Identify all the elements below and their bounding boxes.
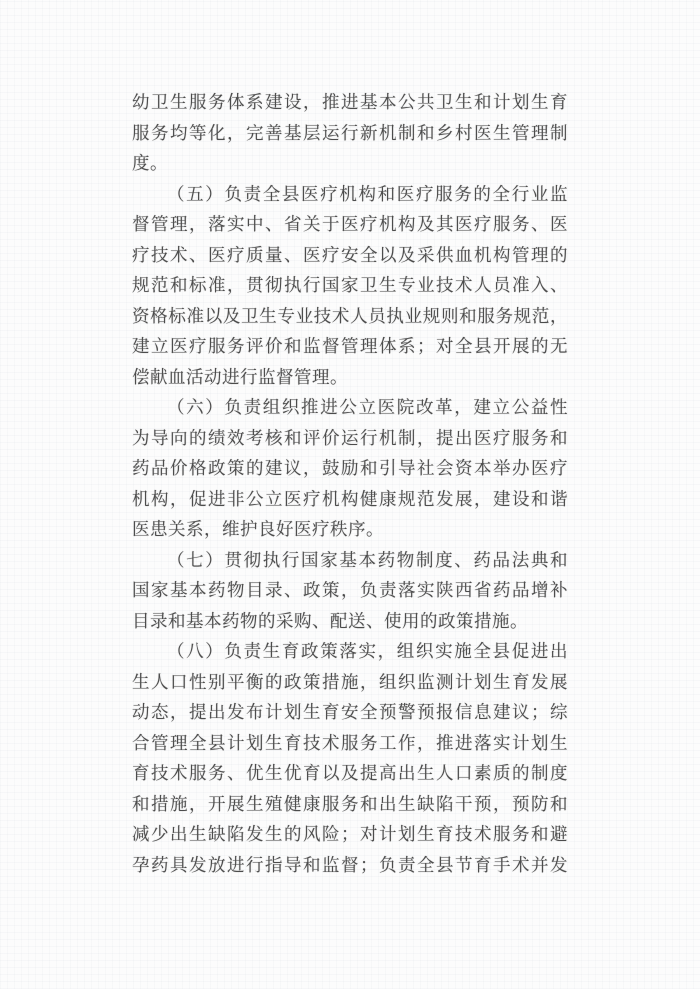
text-line: 和措施，开展生殖健康服务和出生缺陷干预，预防和 [132, 789, 568, 820]
text-line: 规范和标准，贯彻执行国家卫生专业技术人员准入、 [132, 270, 568, 301]
text-line: 动态，提出发布计划生育安全预警预报信息建议；综 [132, 697, 568, 728]
paragraph: （七）贯彻执行国家基本药物制度、药品法典和国家基本药物目录、政策，负责落实陕西省… [132, 545, 568, 637]
text-line: 药品价格政策的建议，鼓励和引导社会资本举办医疗 [132, 453, 568, 484]
text-line: 资格标准以及卫生专业技术人员执业规则和服务规范， [132, 301, 568, 332]
text-line: （六）负责组织推进公立医院改革，建立公益性 [132, 392, 568, 423]
document-page: 幼卫生服务体系建设，推进基本公共卫生和计划生育服务均等化，完善基层运行新机制和乡… [0, 0, 700, 989]
text-line: 偿献血活动进行监督管理。 [132, 362, 568, 393]
paragraph: （六）负责组织推进公立医院改革，建立公益性为导向的绩效考核和评价运行机制，提出医… [132, 392, 568, 545]
text-line: 为导向的绩效考核和评价运行机制，提出医疗服务和 [132, 423, 568, 454]
text-line: 幼卫生服务体系建设，推进基本公共卫生和计划生育 [132, 87, 568, 118]
text-line: 目录和基本药物的采购、配送、使用的政策措施。 [132, 606, 568, 637]
text-line: 度。 [132, 148, 568, 179]
paragraph: （八）负责生育政策落实，组织实施全县促进出生人口性别平衡的政策措施，组织监测计划… [132, 636, 568, 880]
text-line: 机构，促进非公立医疗机构健康规范发展，建设和谐 [132, 484, 568, 515]
text-line: （五）负责全县医疗机构和医疗服务的全行业监 [132, 179, 568, 210]
text-line: 医患关系，维护良好医疗秩序。 [132, 514, 568, 545]
text-line: 国家基本药物目录、政策，负责落实陕西省药品增补 [132, 575, 568, 606]
text-line: 孕药具发放进行指导和监督；负责全县节育手术并发 [132, 850, 568, 881]
text-line: 减少出生缺陷发生的风险；对计划生育技术服务和避 [132, 819, 568, 850]
text-line: （七）贯彻执行国家基本药物制度、药品法典和 [132, 545, 568, 576]
paragraph: 幼卫生服务体系建设，推进基本公共卫生和计划生育服务均等化，完善基层运行新机制和乡… [132, 87, 568, 179]
text-line: （八）负责生育政策落实，组织实施全县促进出 [132, 636, 568, 667]
text-line: 服务均等化，完善基层运行新机制和乡村医生管理制 [132, 118, 568, 149]
document-text-block: 幼卫生服务体系建设，推进基本公共卫生和计划生育服务均等化，完善基层运行新机制和乡… [132, 87, 568, 880]
text-line: 疗技术、医疗质量、医疗安全以及采供血机构管理的 [132, 240, 568, 271]
text-line: 生人口性别平衡的政策措施，组织监测计划生育发展 [132, 667, 568, 698]
text-line: 合管理全县计划生育技术服务工作，推进落实计划生 [132, 728, 568, 759]
paragraph: （五）负责全县医疗机构和医疗服务的全行业监督管理，落实中、省关于医疗机构及其医疗… [132, 179, 568, 393]
text-line: 督管理，落实中、省关于医疗机构及其医疗服务、医 [132, 209, 568, 240]
text-line: 育技术服务、优生优育以及提高出生人口素质的制度 [132, 758, 568, 789]
text-line: 建立医疗服务评价和监督管理体系；对全县开展的无 [132, 331, 568, 362]
